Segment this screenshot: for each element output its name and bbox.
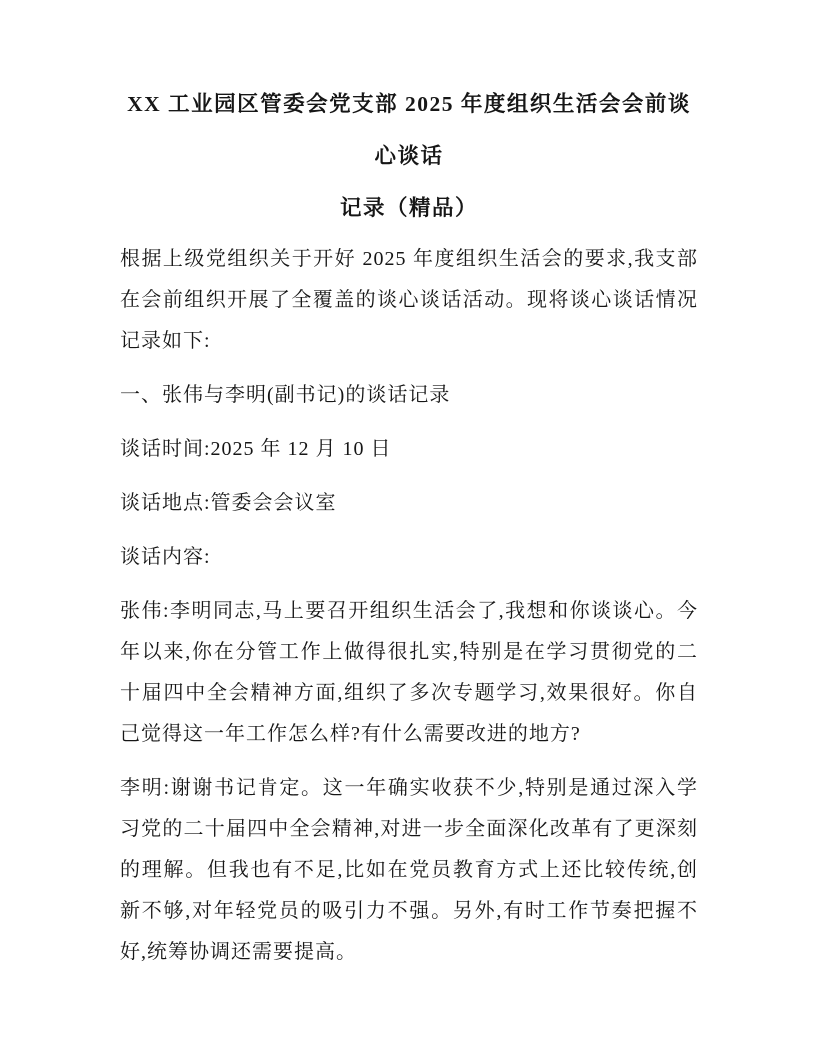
talk-place: 谈话地点:管委会会议室: [120, 483, 698, 524]
document-title: XX 工业园区管委会党支部 2025 年度组织生活会会前谈心谈话 记录（精品）: [120, 78, 698, 234]
section-heading: 一、张伟与李明(副书记)的谈话记录: [120, 375, 698, 416]
dialog-liming: 李明:谢谢书记肯定。这一年确实收获不少,特别是通过深入学习党的二十届四中全会精神…: [120, 768, 698, 973]
talk-time: 谈话时间:2025 年 12 月 10 日: [120, 429, 698, 470]
intro-paragraph: 根据上级党组织关于开好 2025 年度组织生活会的要求,我支部在会前组织开展了全…: [120, 239, 698, 362]
document-title-line2: 记录（精品）: [340, 196, 478, 220]
talk-content-label: 谈话内容:: [120, 537, 698, 578]
document-page: XX 工业园区管委会党支部 2025 年度组织生活会会前谈心谈话 记录（精品） …: [0, 0, 816, 1056]
dialog-zhangwei: 张伟:李明同志,马上要召开组织生活会了,我想和你谈谈心。今年以来,你在分管工作上…: [120, 591, 698, 755]
document-title-line1: XX 工业园区管委会党支部 2025 年度组织生活会会前谈心谈话: [127, 92, 691, 168]
